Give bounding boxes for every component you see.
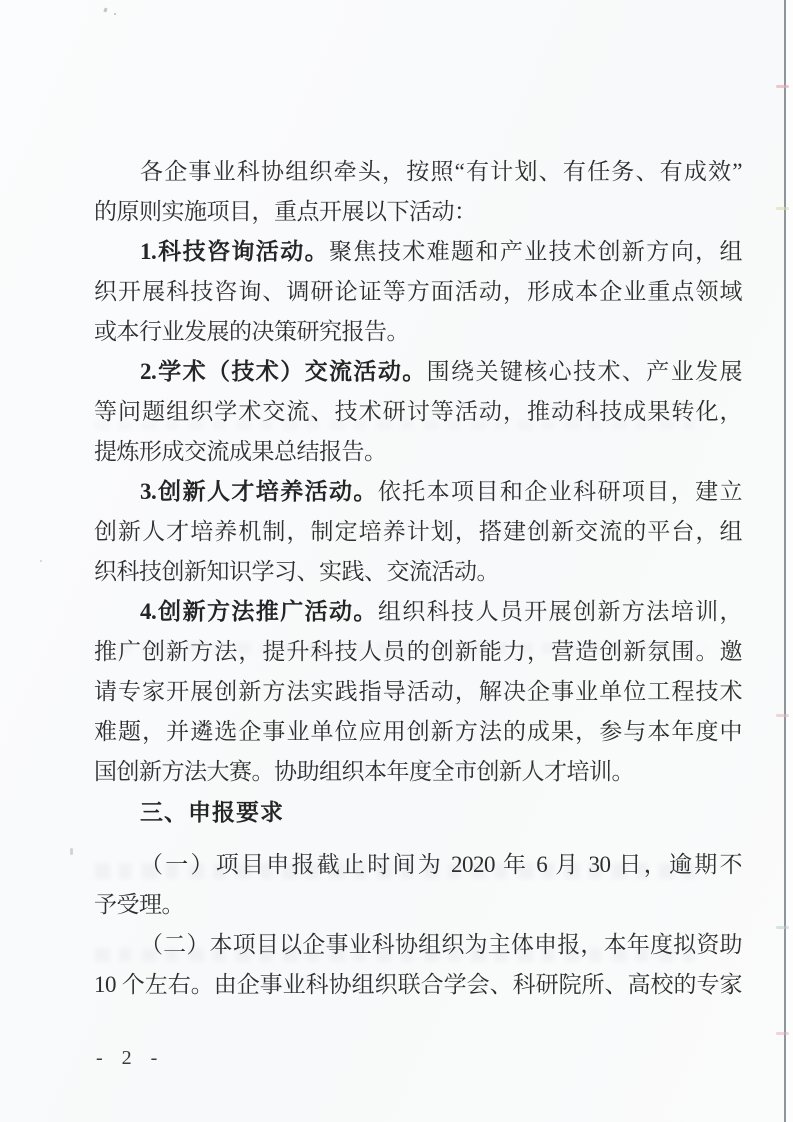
paragraph: 2.学术（技术）交流活动。围绕关键核心技术、产业发展等问题组织学术交流、技术研讨…	[94, 352, 742, 472]
text-line: 织开展科技咨询、调研论证等方面活动，形成本企业重点领域	[94, 272, 742, 312]
scanned-document-page: 各企事业科协组织牵头，按照“有计划、有任务、有成效”的原则实施项目，重点开展以下…	[0, 0, 793, 1122]
text-line: 1.科技咨询活动。聚焦技术难题和产业技术创新方向，组	[94, 232, 742, 272]
body-text: 各企事业科协组织牵头，按照“有计划、有任务、有成效”	[140, 159, 742, 184]
body-text: 请专家开展创新方法实践指导活动，解决企事业单位工程技术	[94, 679, 742, 704]
body-text: 织开展科技咨询、调研论证等方面活动，形成本企业重点领域	[94, 279, 742, 304]
body-text: （一）项目申报截止时间为 2020 年 6 月 30 日，逾期不	[140, 852, 742, 877]
scan-tick-mark	[776, 85, 789, 88]
scan-edge-line	[784, 0, 786, 1122]
body-text: 难题，并遴选企事业单位应用创新方法的成果，参与本年度中	[94, 719, 742, 744]
bold-lead-text: 三、申报要求	[140, 799, 284, 825]
text-line: 等问题组织学术交流、技术研讨等活动，推动科技成果转化，	[94, 392, 742, 432]
bold-lead-text: 2.学术（技术）交流活动。	[140, 359, 427, 384]
text-line: 或本行业发展的决策研究报告。	[94, 312, 742, 352]
body-text: 的原则实施项目，重点开展以下活动：	[94, 199, 477, 224]
text-line: 请专家开展创新方法实践指导活动，解决企事业单位工程技术	[94, 672, 742, 712]
bold-lead-text: 1.科技咨询活动。	[140, 239, 329, 264]
document-body: 各企事业科协组织牵头，按照“有计划、有任务、有成效”的原则实施项目，重点开展以下…	[94, 152, 742, 1005]
text-line: 提炼形成交流成果总结报告。	[94, 432, 742, 472]
text-line: 各企事业科协组织牵头，按照“有计划、有任务、有成效”	[94, 152, 742, 192]
section-heading: 三、申报要求	[94, 792, 742, 832]
scan-edge-paper-strip	[786, 0, 793, 1122]
text-line: 2.学术（技术）交流活动。围绕关键核心技术、产业发展	[94, 352, 742, 392]
body-text: 推广创新方法，提升科技人员的创新能力，营造创新氛围。邀	[94, 639, 742, 664]
paragraph: （一）项目申报截止时间为 2020 年 6 月 30 日，逾期不予受理。	[94, 845, 742, 925]
paragraph: 各企事业科协组织牵头，按照“有计划、有任务、有成效”的原则实施项目，重点开展以下…	[94, 152, 742, 232]
paragraph: 1.科技咨询活动。聚焦技术难题和产业技术创新方向，组织开展科技咨询、调研论证等方…	[94, 232, 742, 352]
scan-tick-mark	[776, 207, 789, 210]
text-line: （一）项目申报截止时间为 2020 年 6 月 30 日，逾期不	[94, 845, 742, 885]
bold-lead-text: 3.创新人才培养活动。	[140, 479, 378, 504]
paragraph: （二）本项目以企事业科协组织为主体申报，本年度拟资助10 个左右。由企事业科协组…	[94, 925, 742, 1005]
scan-speck	[103, 8, 107, 13]
scan-tick-mark	[776, 926, 789, 929]
text-line: 织科技创新知识学习、实践、交流活动。	[94, 552, 742, 592]
body-text: 围绕关键核心技术、产业发展	[427, 359, 742, 384]
bold-lead-text: 4.创新方法推广活动。	[140, 599, 378, 624]
body-text: 创新人才培养机制，制定培养计划，搭建创新交流的平台，组	[94, 519, 742, 544]
body-text: 依托本项目和企业科研项目，建立	[378, 479, 742, 504]
text-line: 予受理。	[94, 885, 742, 925]
text-line: 三、申报要求	[94, 792, 742, 832]
scan-speck	[114, 13, 116, 15]
paragraph: 4.创新方法推广活动。组织科技人员开展创新方法培训，推广创新方法，提升科技人员的…	[94, 592, 742, 792]
body-text: 国创新方法大赛。协助组织本年度全市创新人才培训。	[94, 759, 634, 784]
paragraph: 3.创新人才培养活动。依托本项目和企业科研项目，建立创新人才培养机制，制定培养计…	[94, 472, 742, 592]
body-text: 10 个左右。由企事业科协组织联合学会、科研院所、高校的专家	[94, 972, 742, 997]
body-text: 提炼形成交流成果总结报告。	[94, 439, 387, 464]
text-line: （二）本项目以企事业科协组织为主体申报，本年度拟资助	[94, 925, 742, 965]
text-line: 10 个左右。由企事业科协组织联合学会、科研院所、高校的专家	[94, 965, 742, 1005]
page-number: - 2 -	[96, 1046, 164, 1070]
scan-tick-mark	[776, 1032, 789, 1035]
text-line: 4.创新方法推广活动。组织科技人员开展创新方法培训，	[94, 592, 742, 632]
text-line: 创新人才培养机制，制定培养计划，搭建创新交流的平台，组	[94, 512, 742, 552]
scan-speck	[40, 560, 42, 562]
body-text: 织科技创新知识学习、实践、交流活动。	[94, 559, 499, 584]
body-text: 予受理。	[94, 892, 184, 917]
body-text: 聚焦技术难题和产业技术创新方向，组	[329, 239, 742, 264]
body-text: 等问题组织学术交流、技术研讨等活动，推动科技成果转化，	[94, 399, 742, 424]
text-line: 3.创新人才培养活动。依托本项目和企业科研项目，建立	[94, 472, 742, 512]
text-line: 难题，并遴选企事业单位应用创新方法的成果，参与本年度中	[94, 712, 742, 752]
body-text: （二）本项目以企事业科协组织为主体申报，本年度拟资助	[140, 932, 742, 957]
scan-tick-mark	[776, 714, 789, 717]
text-line: 的原则实施项目，重点开展以下活动：	[94, 192, 742, 232]
text-line: 推广创新方法，提升科技人员的创新能力，营造创新氛围。邀	[94, 632, 742, 672]
text-line: 国创新方法大赛。协助组织本年度全市创新人才培训。	[94, 752, 742, 792]
scan-speck	[70, 848, 73, 855]
body-text: 或本行业发展的决策研究报告。	[94, 319, 409, 344]
body-text: 组织科技人员开展创新方法培训，	[378, 599, 742, 624]
